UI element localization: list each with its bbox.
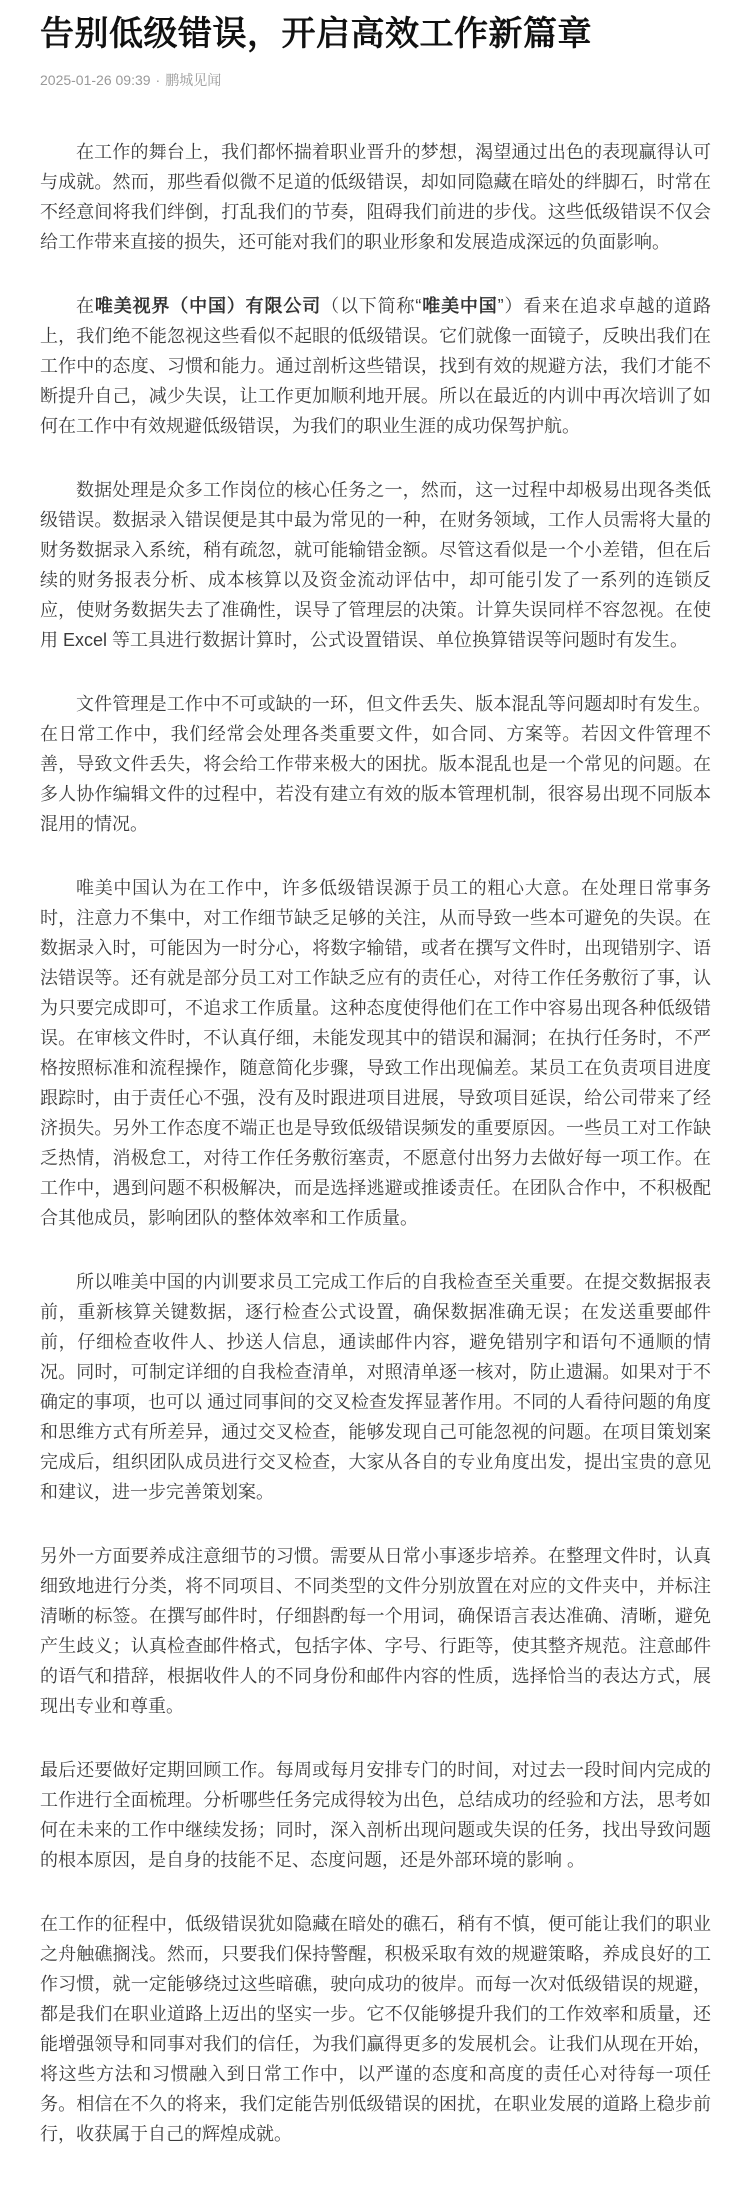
article-paragraph: 另外一方面要养成注意细节的习惯。需要从日常小事逐步培养。在整理文件时，认真细致地… xyxy=(40,1541,711,1721)
article-paragraph: 所以唯美中国的内训要求员工完成工作后的自我检查至关重要。在提交数据报表前，重新核… xyxy=(40,1267,711,1507)
paragraph-text: （以下简称“ xyxy=(321,296,421,316)
paragraph-text: ”）看来在追求卓越的道路上，我们绝不能忽视这些看似不起眼的低级错误。它们就像一面… xyxy=(40,296,711,436)
company-alias: 唯美中国 xyxy=(421,296,497,316)
article-meta: 2025-01-26 09:39·鹏城见闻 xyxy=(40,72,711,89)
article-paragraph: 唯美中国认为在工作中，许多低级错误源于员工的粗心大意。在处理日常事务时，注意力不… xyxy=(40,873,711,1233)
meta-separator: · xyxy=(156,72,161,88)
paragraph-text: 在 xyxy=(76,296,95,316)
article-paragraph: 文件管理是工作中不可或缺的一环，但文件丢失、版本混乱等问题却时有发生。在日常工作… xyxy=(40,689,711,839)
article-paragraph-company: 在唯美视界（中国）有限公司（以下简称“唯美中国”）看来在追求卓越的道路上，我们绝… xyxy=(40,291,711,441)
source-name: 鹏城见闻 xyxy=(165,72,221,88)
article-paragraph: 数据处理是众多工作岗位的核心任务之一，然而，这一过程中却极易出现各类低级错误。数… xyxy=(40,475,711,655)
article-paragraph: 在工作的舞台上，我们都怀揣着职业晋升的梦想，渴望通过出色的表现赢得认可与成就。然… xyxy=(40,137,711,257)
article-body: 在工作的舞台上，我们都怀揣着职业晋升的梦想，渴望通过出色的表现赢得认可与成就。然… xyxy=(40,137,711,2149)
company-name: 唯美视界（中国）有限公司 xyxy=(95,296,321,316)
article-paragraph: 在工作的征程中，低级错误犹如隐藏在暗处的礁石，稍有不慎，便可能让我们的职业之舟触… xyxy=(40,1909,711,2149)
article-paragraph: 最后还要做好定期回顾工作。每周或每月安排专门的时间，对过去一段时间内完成的工作进… xyxy=(40,1755,711,1875)
article-page: 告别低级错误，开启高效工作新篇章 2025-01-26 09:39·鹏城见闻 在… xyxy=(0,0,751,2189)
article-title: 告别低级错误，开启高效工作新篇章 xyxy=(40,12,711,56)
publish-datetime: 2025-01-26 09:39 xyxy=(40,72,151,88)
